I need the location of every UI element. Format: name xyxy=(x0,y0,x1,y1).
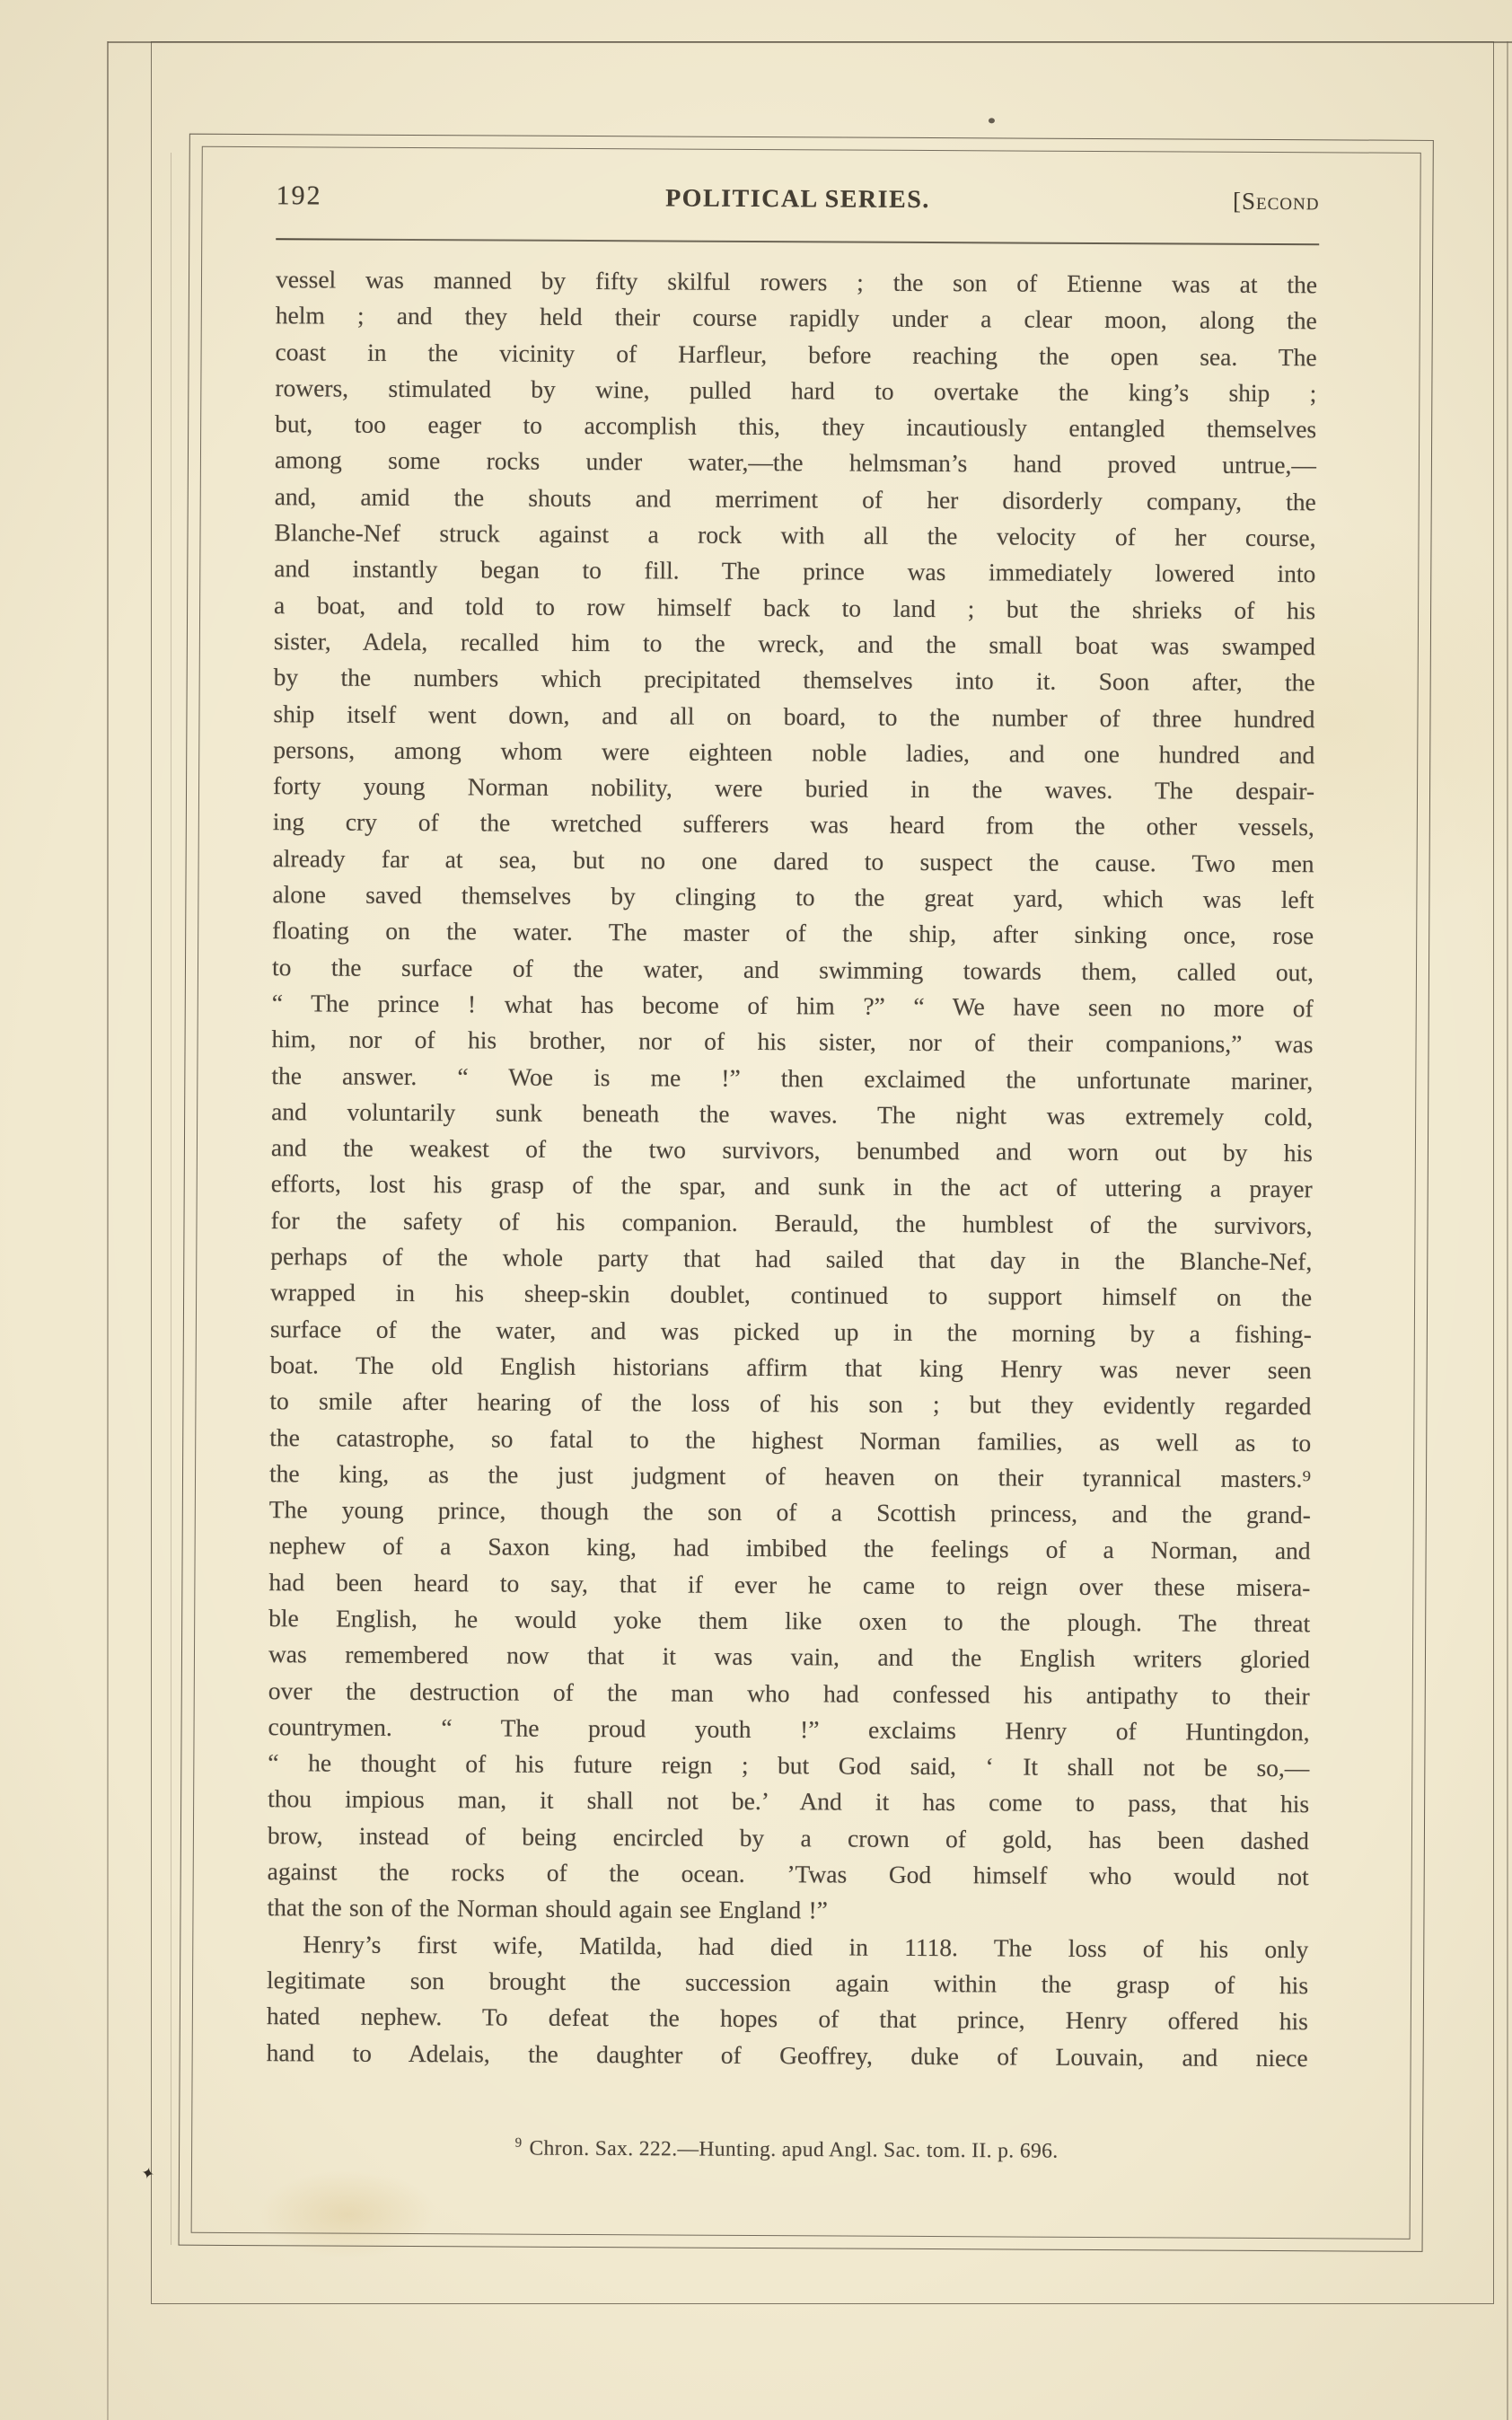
corner-mark: ✦ xyxy=(139,2163,156,2185)
text-line: ship itself went down, and all on board,… xyxy=(273,696,1314,737)
text-line: him, nor of his brother, nor of his sist… xyxy=(271,1021,1313,1062)
page-title: POLITICAL SERIES. xyxy=(665,184,930,215)
text-line: Henry’s first wife, Matilda, had died in… xyxy=(267,1926,1308,1967)
text-line: boat. The old English historians affirm … xyxy=(270,1347,1312,1388)
text-line: “ The prince ! what has become of him ?”… xyxy=(272,985,1314,1026)
header-signature: [Second xyxy=(1233,188,1320,216)
text-line: among some rocks under water,—the helmsm… xyxy=(275,443,1316,484)
text-line: that the son of the Norman should again … xyxy=(267,1890,1308,1932)
text-line: surface of the water, and was picked up … xyxy=(270,1311,1312,1352)
text-line: “ he thought of his future reign ; but G… xyxy=(268,1745,1309,1786)
text-line: brow, instead of being encircled by a cr… xyxy=(268,1817,1309,1859)
text-line: wrapped in his sheep-skin doublet, conti… xyxy=(270,1274,1312,1316)
text-line: efforts, lost his grasp of the spar, and… xyxy=(271,1166,1313,1208)
text-line: to the surface of the water, and swimmin… xyxy=(272,949,1314,990)
text-line: but, too eager to accomplish this, they … xyxy=(275,406,1316,447)
footnote-marker: 9 xyxy=(515,2136,523,2151)
body-text: vessel was manned by fifty skilful rower… xyxy=(267,261,1318,2076)
text-line: alone saved themselves by clinging to th… xyxy=(272,876,1314,918)
text-line: against the rocks of the ocean. ’Twas Go… xyxy=(268,1853,1309,1895)
text-line: over the destruction of the man who had … xyxy=(268,1673,1310,1714)
text-line: Blanche-Nef struck against a rock with a… xyxy=(274,515,1315,556)
text-line: and the weakest of the two survivors, be… xyxy=(271,1130,1313,1171)
text-line: the answer. “ Woe is me !” then exclaime… xyxy=(271,1058,1313,1099)
footnote-text: Chron. Sax. 222.—Hunting. apud Angl. Sac… xyxy=(529,2137,1058,2163)
text-line: floating on the water. The master of the… xyxy=(272,913,1314,955)
text-line: had been heard to say, that if ever he c… xyxy=(268,1564,1310,1606)
text-line: helm ; and they held their course rapidl… xyxy=(276,297,1317,339)
text-line: thou impious man, it shall not be.’ And … xyxy=(268,1782,1309,1823)
text-line: and voluntarily sunk beneath the waves. … xyxy=(271,1094,1313,1135)
text-line: was remembered now that it was vain, and… xyxy=(268,1636,1310,1677)
page-number: 192 xyxy=(276,180,321,211)
text-line: a boat, and told to row himself back to … xyxy=(274,587,1315,629)
text-line: sister, Adela, recalled him to the wreck… xyxy=(274,623,1315,664)
text-line: rowers, stimulated by wine, pulled hard … xyxy=(275,370,1316,411)
text-line: vessel was manned by fifty skilful rower… xyxy=(276,261,1317,303)
printed-page: 192 POLITICAL SERIES. [Second vessel was… xyxy=(0,0,1512,2420)
text-line: forty young Norman nobility, were buried… xyxy=(273,768,1314,809)
running-header: 192 POLITICAL SERIES. [Second xyxy=(276,180,1319,216)
text-line: ing cry of the wretched sufferers was he… xyxy=(273,805,1314,846)
scanned-book-page: 192 POLITICAL SERIES. [Second vessel was… xyxy=(0,0,1512,2420)
text-line: The young prince, though the son of a Sc… xyxy=(269,1492,1311,1533)
text-line: the catastrophe, so fatal to the highest… xyxy=(269,1420,1311,1461)
ink-fleck xyxy=(989,118,995,123)
text-line: persons, among whom were eighteen noble … xyxy=(273,732,1314,773)
text-line: hand to Adelais, the daughter of Geoffre… xyxy=(267,2035,1308,2076)
text-line: to smile after hearing of the loss of hi… xyxy=(269,1383,1311,1424)
text-line: perhaps of the whole party that had sail… xyxy=(270,1238,1312,1280)
text-line: the king, as the just judgment of heaven… xyxy=(269,1456,1311,1497)
text-line: ble English, he would yoke them like oxe… xyxy=(268,1600,1310,1641)
text-line: coast in the vicinity of Harfleur, befor… xyxy=(275,334,1316,375)
text-line: for the safety of his companion. Berauld… xyxy=(270,1202,1312,1244)
text-line: and instantly began to fill. The prince … xyxy=(274,551,1315,593)
text-line: hated nephew. To defeat the hopes of tha… xyxy=(267,1998,1308,2039)
text-line: by the numbers which precipitated themse… xyxy=(274,659,1315,700)
text-line: nephew of a Saxon king, had imbibed the … xyxy=(269,1528,1311,1570)
text-line: legitimate son brought the succession ag… xyxy=(267,1962,1308,2003)
text-line: countrymen. “ The proud youth !” exclaim… xyxy=(268,1709,1309,1750)
text-line: and, amid the shouts and merriment of he… xyxy=(275,479,1316,520)
text-line: already far at sea, but no one dared to … xyxy=(273,840,1314,882)
